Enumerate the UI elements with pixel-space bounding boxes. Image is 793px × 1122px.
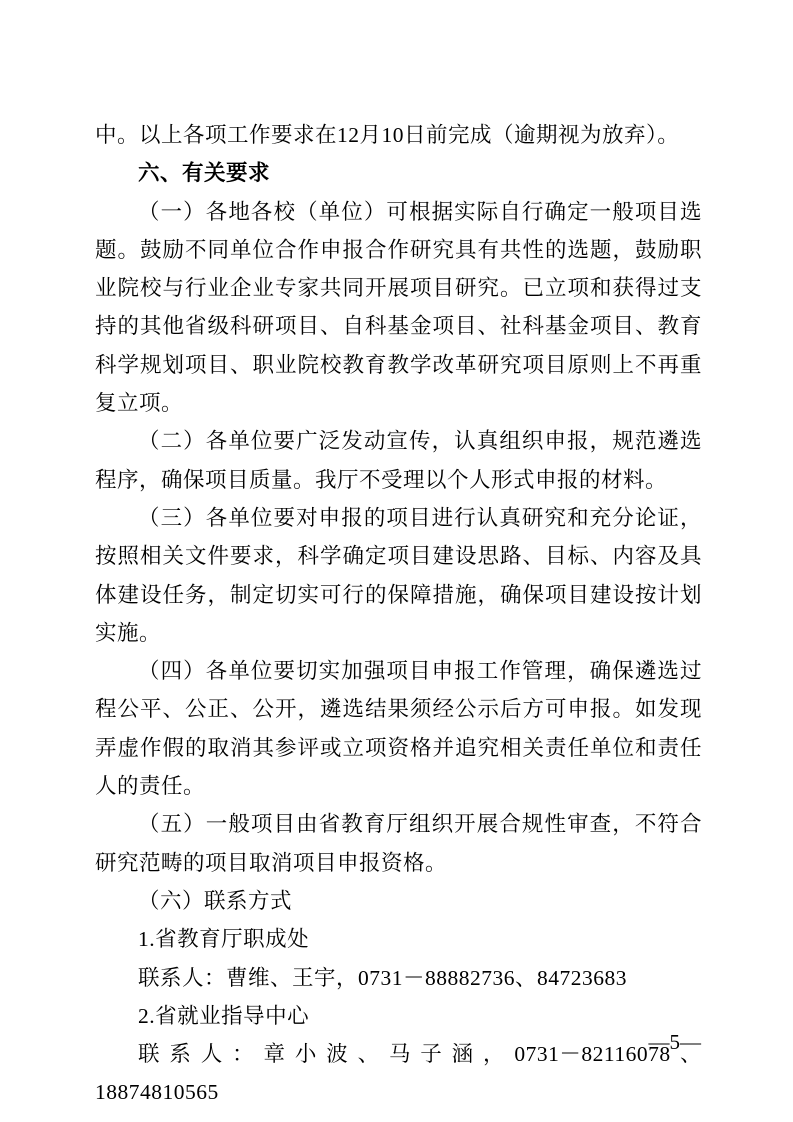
paragraph-continuation: 中。以上各项工作要求在12月10日前完成（逾期视为放弃）。 <box>95 116 702 154</box>
paragraph-item-1: （一）各地各校（单位）可根据实际自行确定一般项目选题。鼓励不同单位合作申报合作研… <box>95 193 702 423</box>
document-body: 中。以上各项工作要求在12月10日前完成（逾期视为放弃）。 六、有关要求 （一）… <box>95 116 702 1112</box>
contact-org-2: 2.省就业指导中心 <box>95 997 702 1035</box>
paragraph-item-2: （二）各单位要广泛发动宣传，认真组织申报，规范遴选程序，确保项目质量。我厅不受理… <box>95 422 702 499</box>
document-page: 中。以上各项工作要求在12月10日前完成（逾期视为放弃）。 六、有关要求 （一）… <box>0 0 793 1122</box>
paragraph-item-4: （四）各单位要切实加强项目申报工作管理，确保遴选过程公平、公正、公开，遴选结果须… <box>95 652 702 805</box>
paragraph-item-6-contact-heading: （六）联系方式 <box>95 882 702 920</box>
paragraph-item-5: （五）一般项目由省教育厅组织开展合规性审查，不符合研究范畴的项目取消项目申报资格… <box>95 805 702 882</box>
page-number: —5— <box>649 1030 702 1054</box>
contact-persons-1: 联系人：曹维、王宇，0731－88882736、84723683 <box>95 959 702 997</box>
contact-org-1: 1.省教育厅职成处 <box>95 920 702 958</box>
contact-persons-2: 联系人：章小波、马子涵，0731－82116078、18874810565 <box>95 1035 702 1112</box>
paragraph-item-3: （三）各单位要对申报的项目进行认真研究和充分论证，按照相关文件要求，科学确定项目… <box>95 499 702 652</box>
section-heading: 六、有关要求 <box>95 154 702 192</box>
